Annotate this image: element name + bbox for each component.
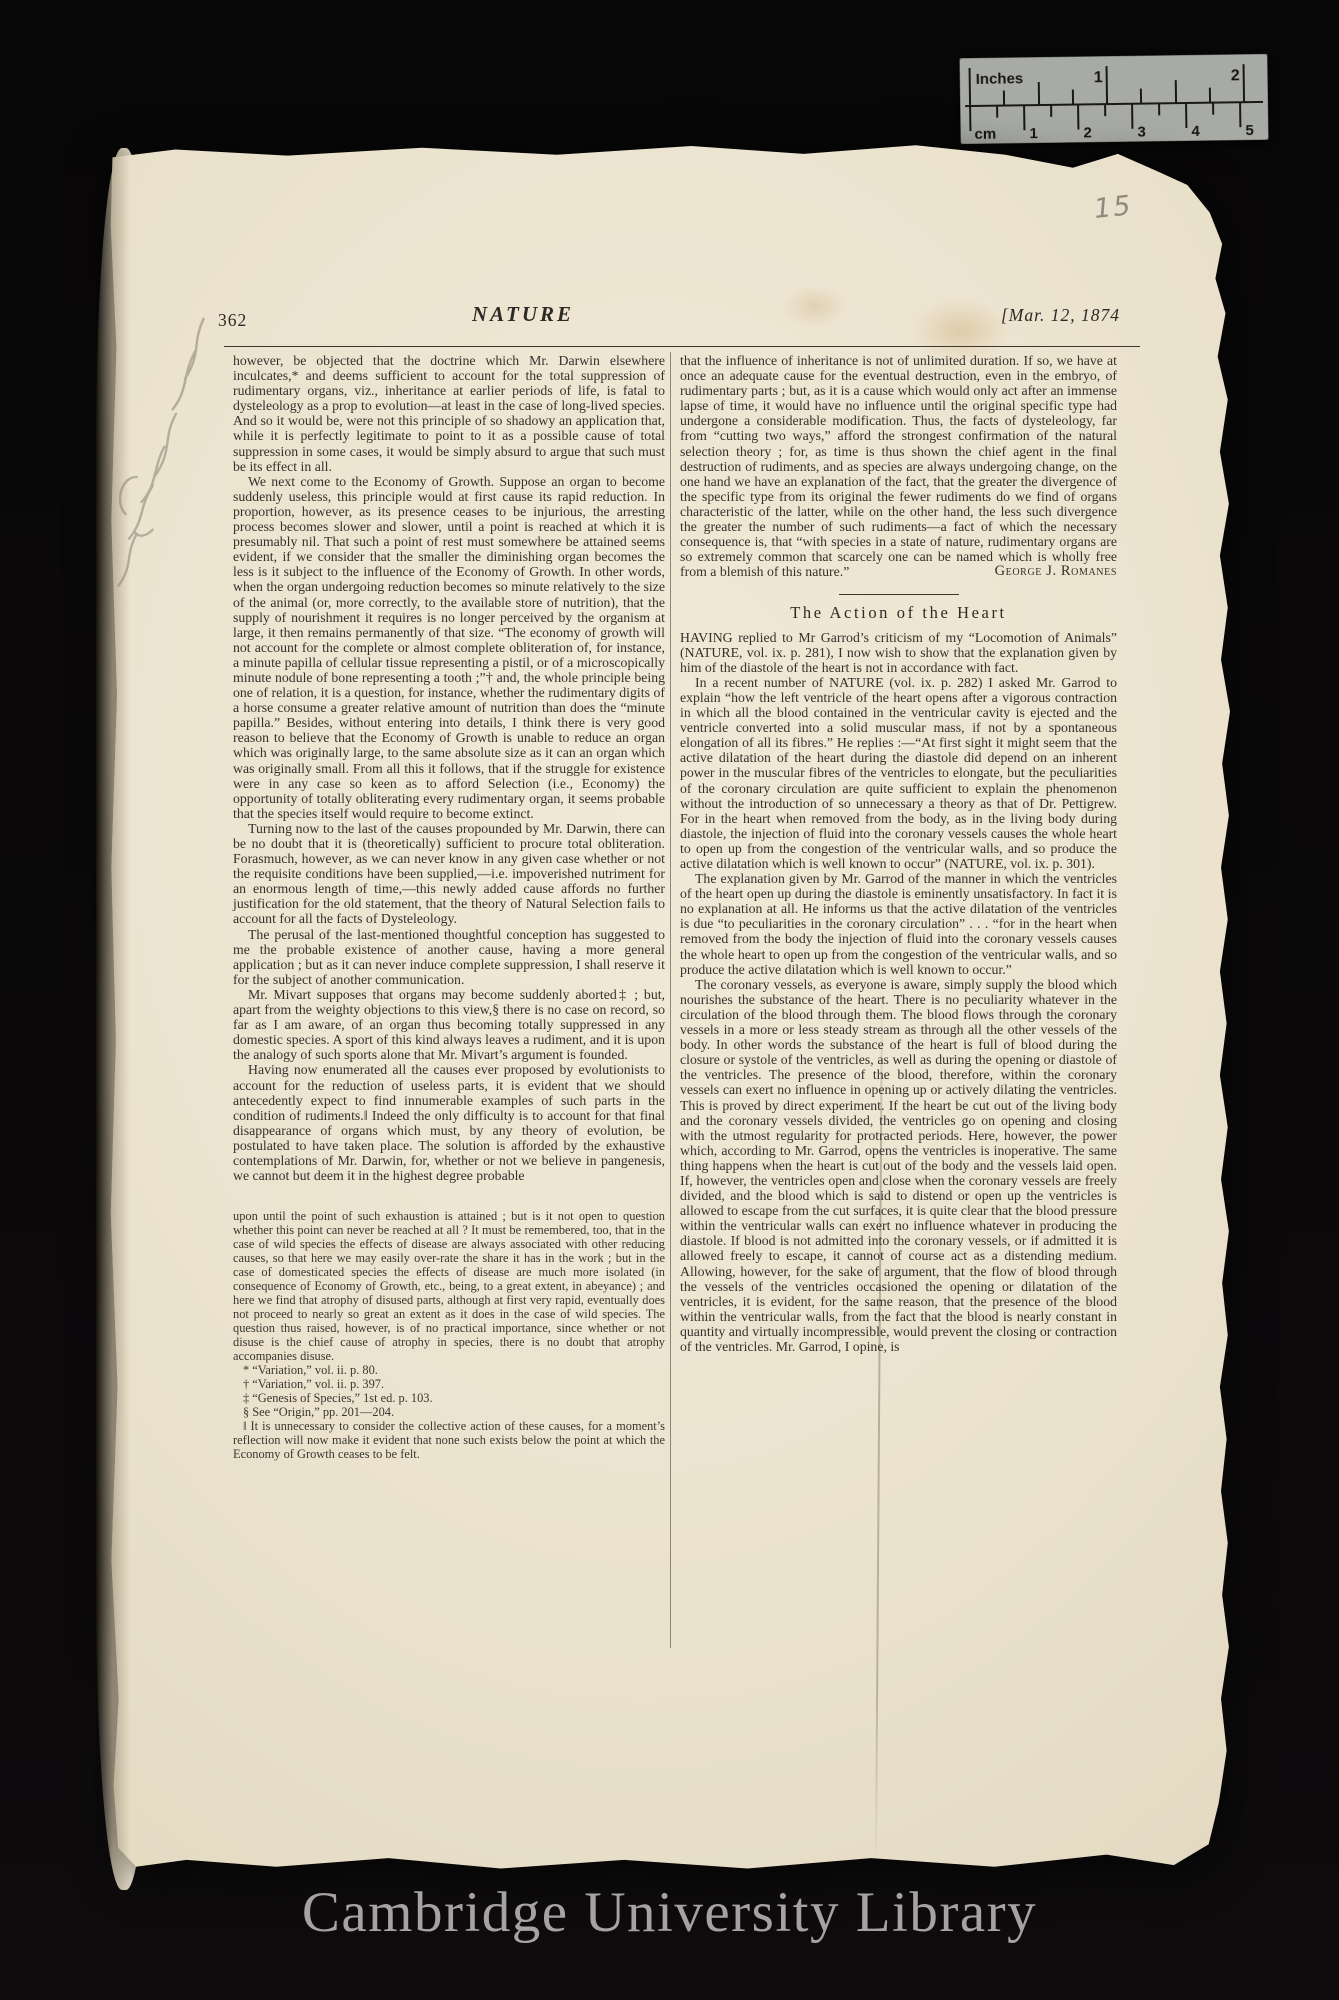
section-divider-rule <box>839 594 959 595</box>
header-rule <box>224 346 1140 347</box>
body-paragraph: however, be objected that the doctrine w… <box>233 353 665 474</box>
ruler-inch-number-1: 1 <box>1094 69 1103 86</box>
measurement-ruler: Inches 1 2 cm 1 2 3 4 5 <box>959 54 1268 144</box>
scanned-page-photo: Inches 1 2 cm 1 2 3 4 5 15 <box>0 0 1339 2000</box>
footnote: ‡ “Genesis of Species,” 1st ed. p. 103. <box>233 1391 665 1405</box>
ruler-cm-number-4: 4 <box>1191 123 1200 140</box>
ruler-cm-number-2: 2 <box>1083 124 1092 141</box>
body-paragraph: The coronary vessels, as everyone is awa… <box>680 977 1117 1354</box>
issue-date: [Mar. 12, 1874 <box>898 305 1120 326</box>
body-paragraph: In a recent number of NATURE (vol. ix. p… <box>680 675 1117 871</box>
right-column: that the influence of inheritance is not… <box>680 353 1117 1354</box>
body-paragraph: The perusal of the last-mentioned though… <box>233 927 665 987</box>
handwritten-folio-number: 15 <box>1092 190 1133 225</box>
ruler-cm-number-5: 5 <box>1245 122 1254 139</box>
body-paragraph: HAVING replied to Mr Garrod’s criticism … <box>680 630 1117 675</box>
body-paragraph: Mr. Mivart supposes that organs may beco… <box>233 987 665 1062</box>
footnote: † “Variation,” vol. ii. p. 397. <box>233 1377 665 1391</box>
body-paragraph: Turning now to the last of the causes pr… <box>233 821 665 927</box>
library-watermark: Cambridge University Library <box>0 1880 1339 1945</box>
body-paragraph: The explanation given by Mr. Garrod of t… <box>680 871 1117 977</box>
left-column: however, be objected that the doctrine w… <box>233 353 665 1461</box>
column-divider-rule <box>670 352 671 1648</box>
ruler-cm-number-3: 3 <box>1137 124 1146 141</box>
body-paragraph: Having now enumerated all the causes eve… <box>233 1062 665 1183</box>
ruler-inches-label: Inches <box>976 70 1024 88</box>
body-paragraph: We next come to the Economy of Growth. S… <box>233 474 665 821</box>
handwritten-margin-note <box>108 300 208 640</box>
footnote: § See “Origin,” pp. 201—204. <box>233 1405 665 1419</box>
ruler-inch-number-2: 2 <box>1231 67 1240 84</box>
article-title: The Action of the Heart <box>680 605 1117 620</box>
journal-title: NATURE <box>408 302 638 327</box>
body-paragraph: that the influence of inheritance is not… <box>680 353 1117 579</box>
paper-sheet-wrap: 15 362 NATURE [Mar. 12, 1874 however, be… <box>108 140 1230 1872</box>
footnote-continuation: upon until the point of such exhaustion … <box>233 1209 665 1363</box>
footnote: * “Variation,” vol. ii. p. 80. <box>233 1363 665 1377</box>
page-number: 362 <box>218 310 247 331</box>
footnote-block: upon until the point of such exhaustion … <box>233 1209 665 1461</box>
footnote: ‖ It is unnecessary to consider the coll… <box>233 1419 665 1461</box>
ruler-card <box>959 54 1268 144</box>
paper-sheet: 15 362 NATURE [Mar. 12, 1874 however, be… <box>108 140 1230 1872</box>
